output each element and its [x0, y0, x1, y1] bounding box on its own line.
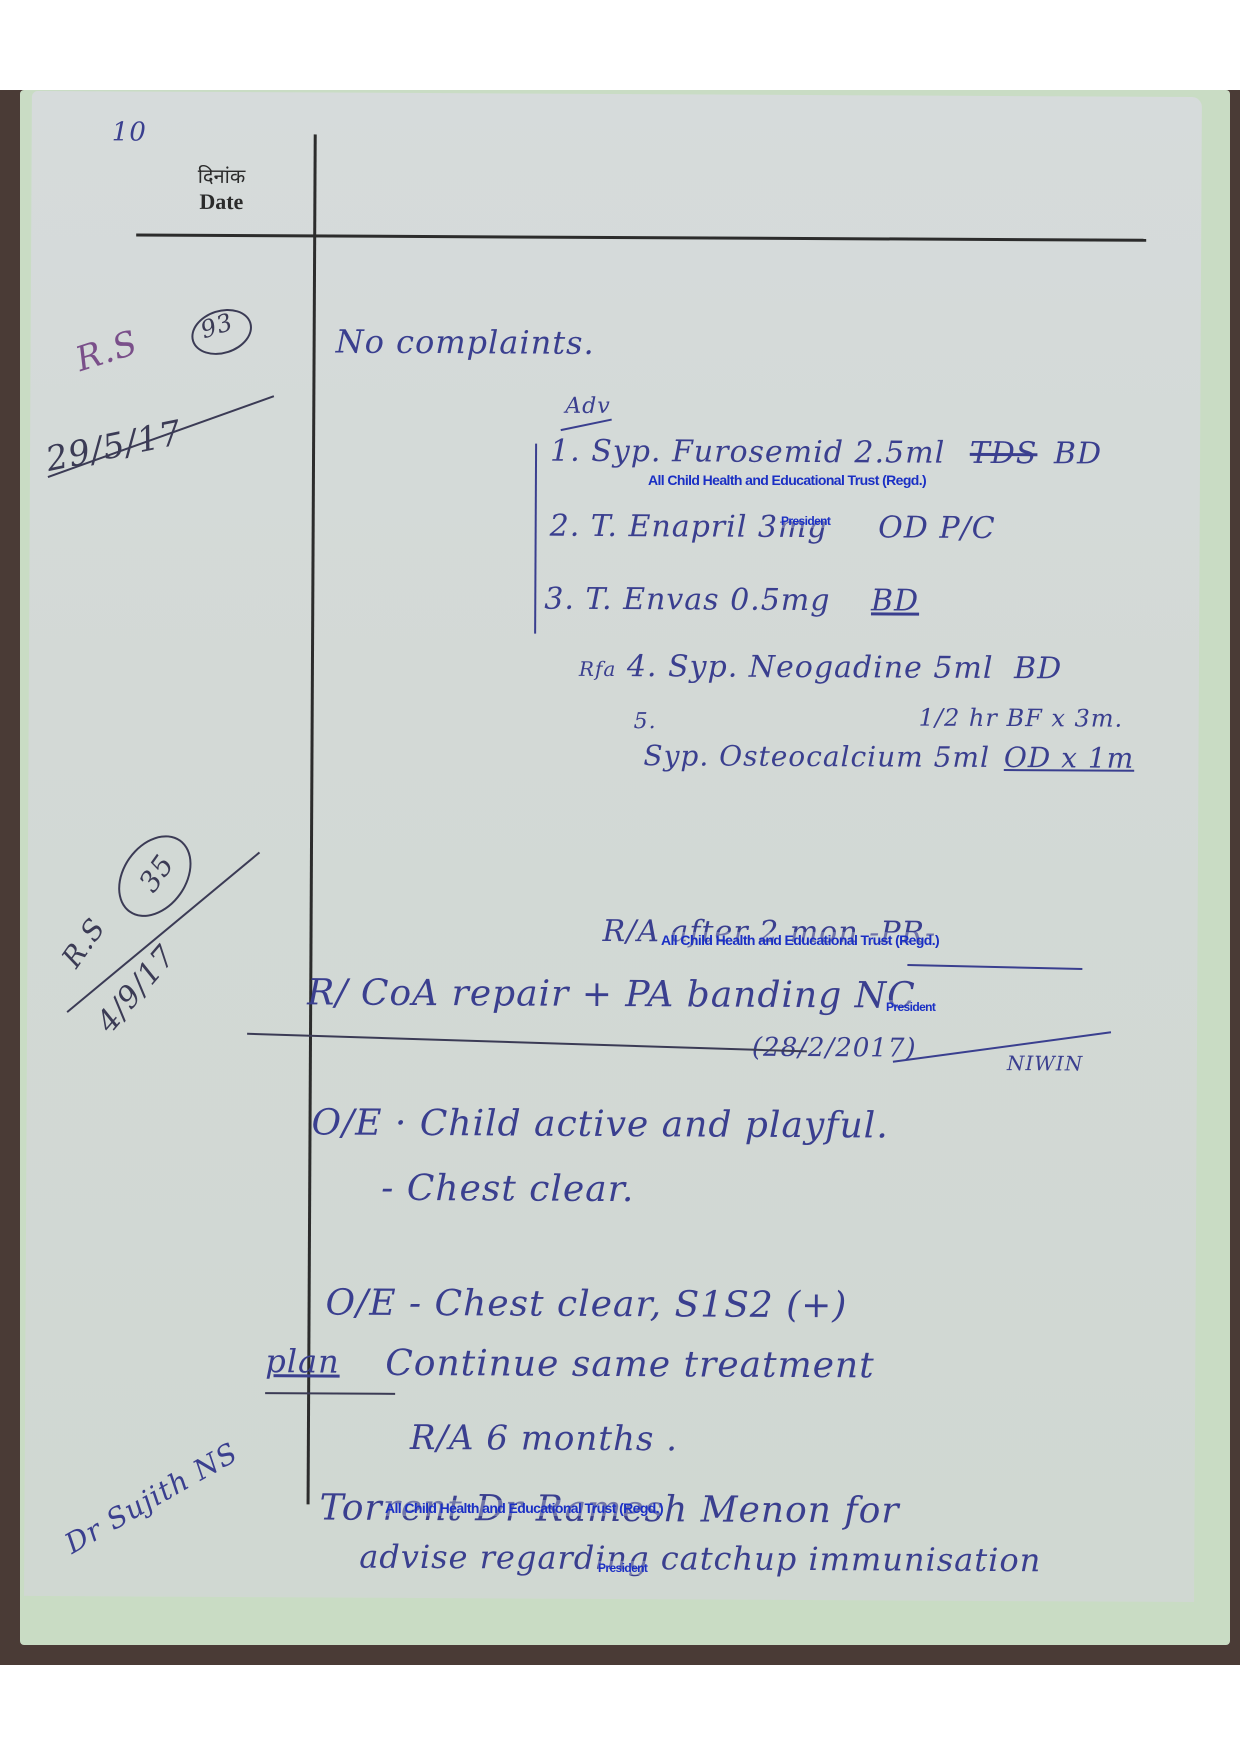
- rx-3-freq: BD: [871, 583, 919, 618]
- entry-2-ref-text: R.S: [55, 912, 112, 974]
- rx-4-duration: 1/2 hr BF x 3m.: [919, 704, 1124, 733]
- plan-rule: [265, 1392, 395, 1395]
- rx-1-freq: BD: [1054, 436, 1102, 471]
- rx-2-no: 2.: [550, 509, 581, 544]
- rx-4-text: Syp. Neogadine 5ml: [668, 649, 994, 686]
- history-site: NIWIN: [1007, 1051, 1083, 1075]
- plan-label: plan: [265, 1342, 340, 1380]
- rx-1: 1. Syp. Furosemid 2.5ml TDS BD: [550, 434, 1102, 472]
- rx-5-no: 5.: [634, 709, 657, 734]
- date-header: दिनांक Date: [171, 162, 271, 216]
- plan-text: Continue same treatment: [385, 1343, 875, 1387]
- backing-sheet: दिनांक Date 10 R.S 93 29/5/17 No complai…: [20, 90, 1230, 1645]
- rx-4-prefix: Rfa: [579, 657, 617, 681]
- rx-1-text: Syp. Furosemid 2.5ml: [591, 434, 945, 471]
- review-line: R/A 6 months .: [410, 1418, 678, 1459]
- rx-5-text: Syp. Osteocalcium 5ml: [643, 739, 990, 774]
- watermark-trust-1: All Child Health and Educational Trust (…: [648, 472, 926, 488]
- rx-5-freq: OD x 1m: [1004, 741, 1135, 775]
- rx-1-struck: TDS: [970, 436, 1038, 471]
- entry-2-separator: [247, 1033, 807, 1053]
- date-header-english: Date: [171, 189, 271, 216]
- document-photo: दिनांक Date 10 R.S 93 29/5/17 No complai…: [0, 90, 1240, 1665]
- case-sheet-page: दिनांक Date 10 R.S 93 29/5/17 No complai…: [24, 91, 1202, 1602]
- rx-5: Syp. Osteocalcium 5ml OD x 1m: [643, 739, 1134, 775]
- rx-1-no: 1.: [550, 434, 581, 469]
- rx-2: 2. T. Enapril 3mg OD P/C: [550, 509, 996, 546]
- watermark-president-1: President: [781, 514, 830, 528]
- history-line: R/ CoA repair + PA banding NC: [307, 972, 916, 1016]
- watermark-trust-3: All Child Health and Educational Trust (…: [385, 1500, 663, 1516]
- header-rule: [136, 233, 1146, 241]
- referral-line-2: advise regarding catchup immunisation: [359, 1538, 1041, 1580]
- complaint-note: No complaints.: [336, 323, 595, 362]
- advice-underline: [561, 419, 612, 432]
- rx-4: Rfa 4. Syp. Neogadine 5ml BD: [579, 649, 1062, 687]
- page-number: 10: [112, 117, 147, 147]
- rx-2-freq: OD P/C: [878, 510, 996, 546]
- column-divider: [307, 134, 317, 1504]
- oe-first: O/E · Child active and playful.: [311, 1102, 888, 1146]
- advice-heading: Adv: [565, 394, 611, 419]
- history-date: (28/2/2017): [752, 1033, 917, 1064]
- watermark-trust-2: All Child Health and Educational Trust (…: [661, 932, 939, 948]
- watermark-president-3: President: [598, 1561, 647, 1575]
- rx-3: 3. T. Envas 0.5mg BD: [544, 582, 919, 619]
- oe-first-chest: - Chest clear.: [381, 1168, 634, 1210]
- rx-4-no: 4.: [627, 649, 658, 684]
- rx-3-no: 3.: [544, 582, 575, 617]
- rx-bracket: [534, 444, 537, 634]
- rx-4-freq: BD: [1014, 651, 1062, 686]
- ra-underline: [907, 964, 1082, 970]
- watermark-president-2: President: [886, 1000, 935, 1014]
- doctor-signature: Dr Sujith NS: [59, 1436, 243, 1561]
- entry-2-ref: R.S: [55, 912, 112, 974]
- date-header-hindi: दिनांक: [171, 162, 271, 190]
- rx-3-text: T. Envas 0.5mg: [585, 582, 830, 618]
- entry-1-ref: R.S: [71, 323, 143, 380]
- entry-1-date: 29/5/17: [42, 413, 185, 480]
- oe-second: O/E - Chest clear, S1S2 (+): [325, 1283, 847, 1327]
